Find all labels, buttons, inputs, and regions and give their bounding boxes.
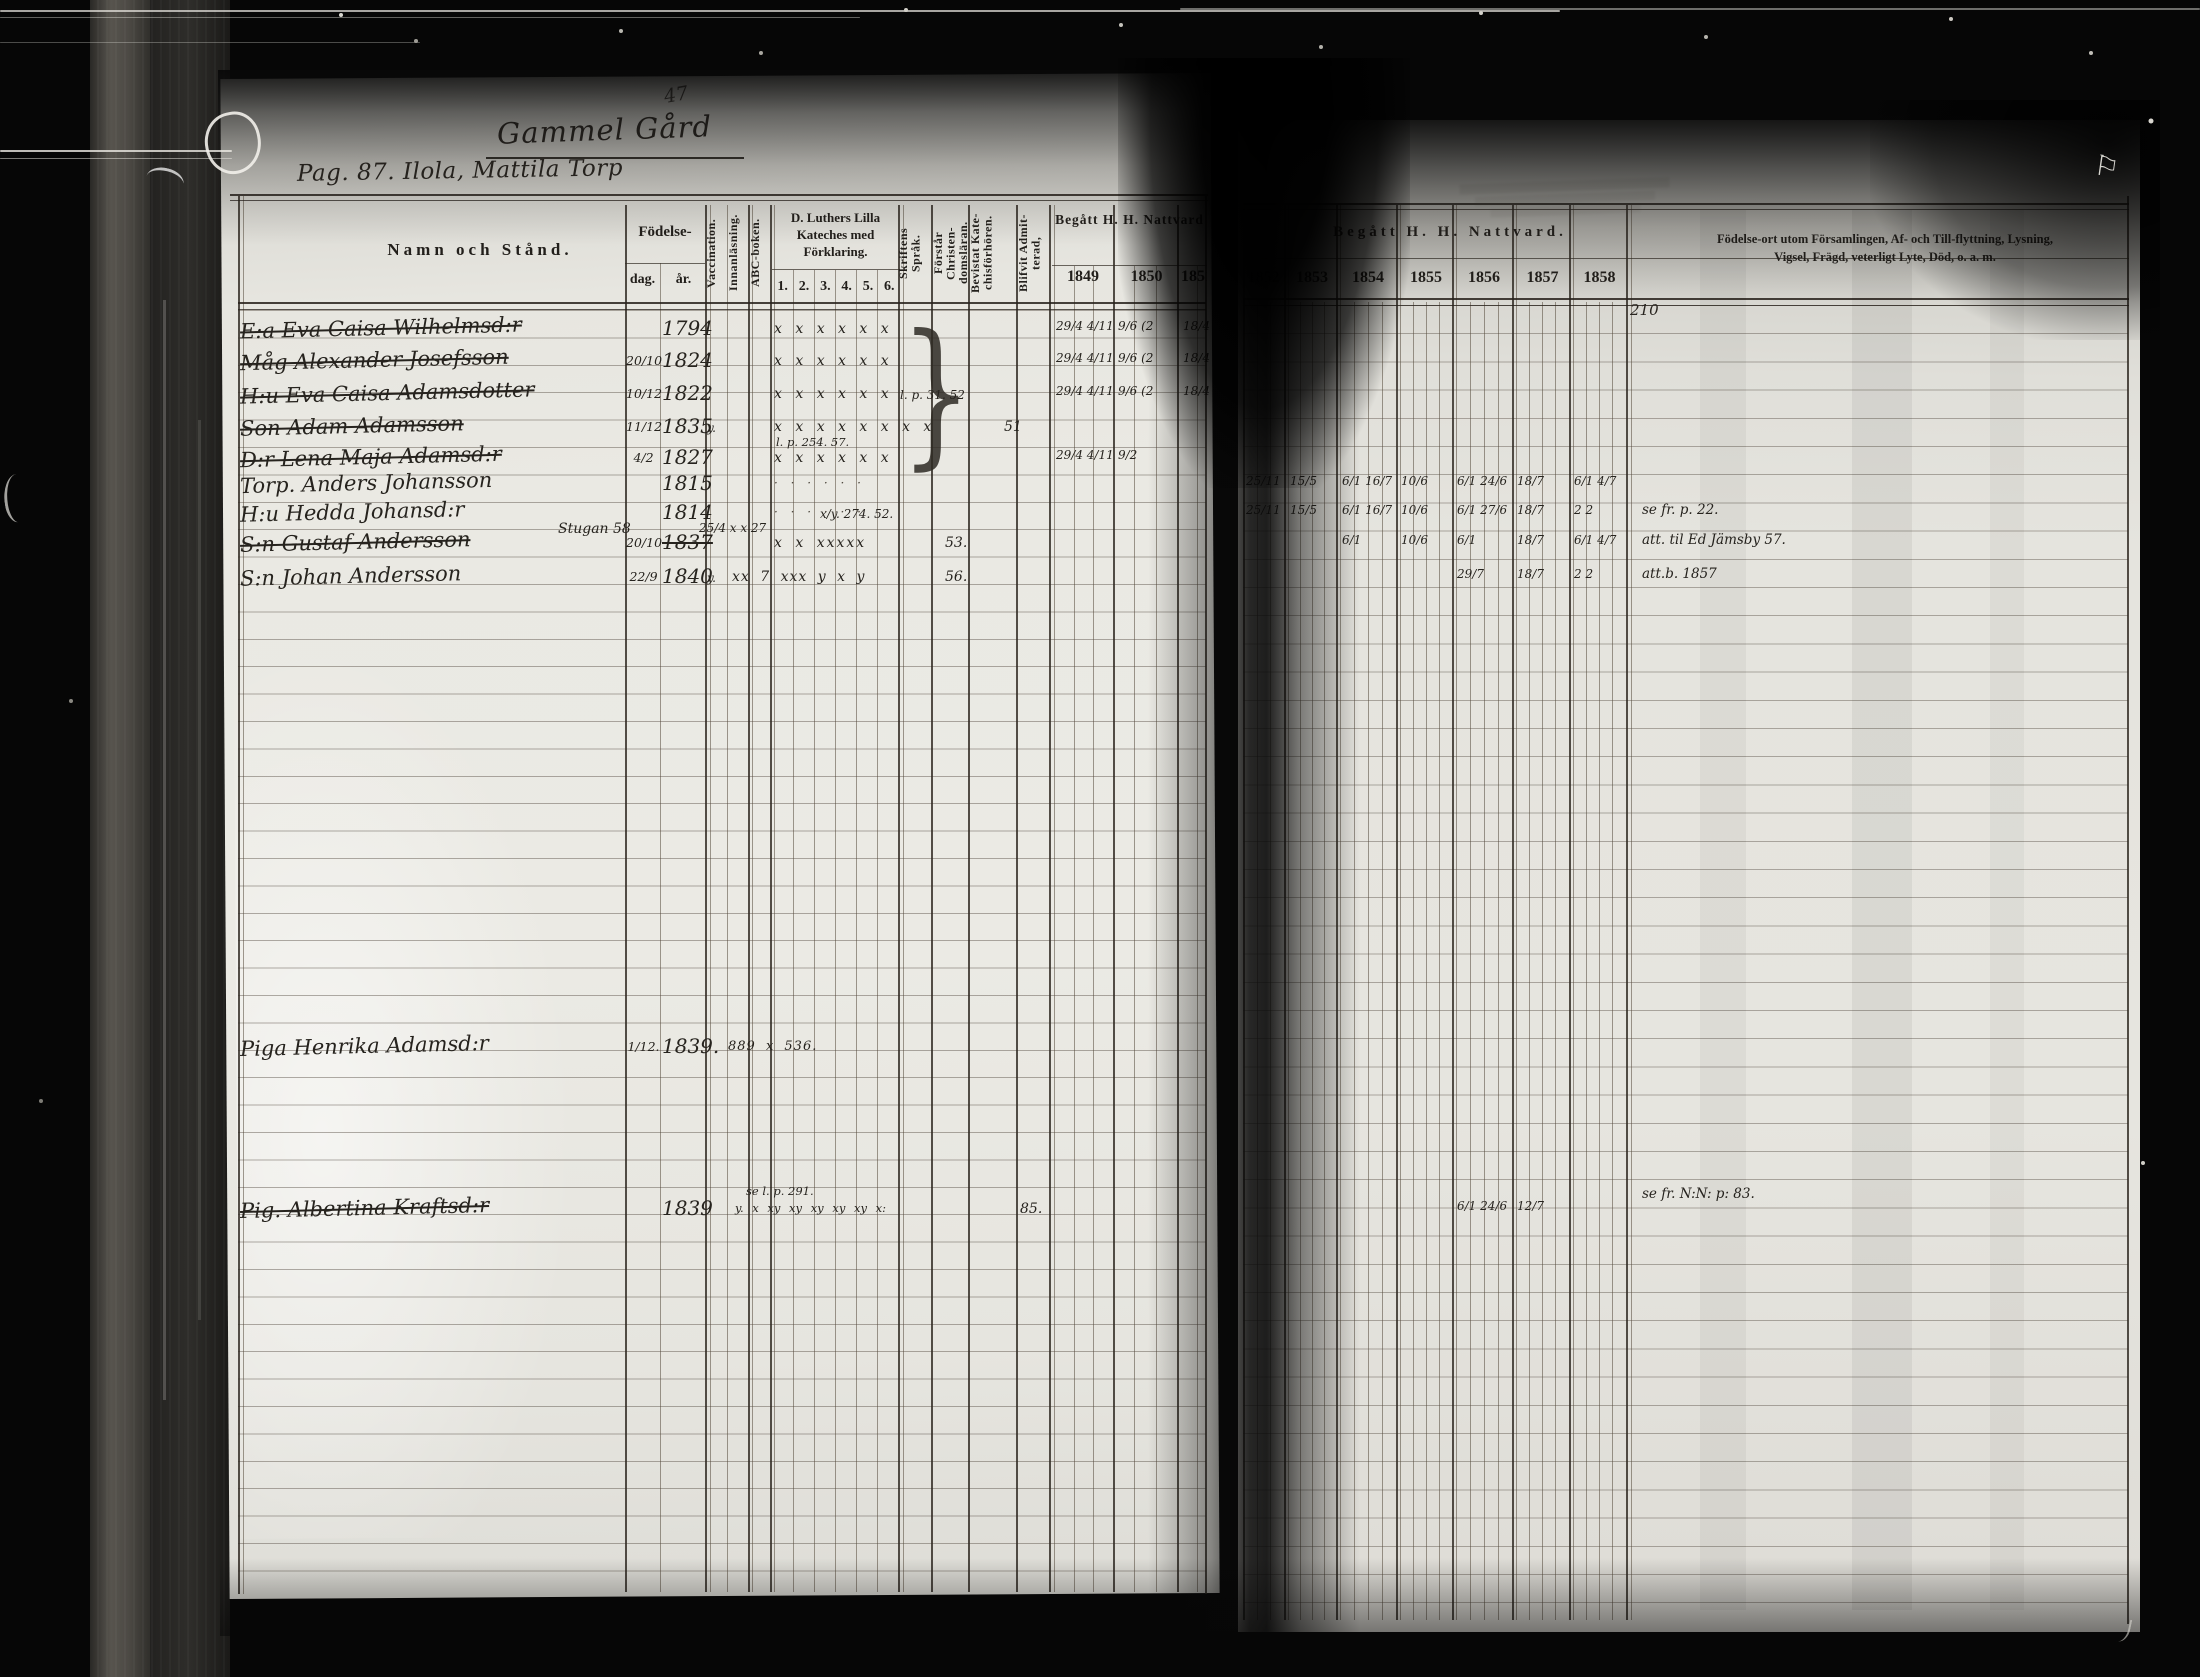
entry-catechism-marks: x x x x x x (774, 353, 904, 369)
entry-admitted-number: 51 (1004, 419, 1022, 435)
record-row: E:a Eva Caisa Wilhelmsd:r1794x x x x x x… (0, 318, 2200, 345)
entry-birth-year: 1839. (662, 1034, 710, 1058)
entry-birth-day: 11/12 (626, 419, 661, 434)
header-scribble: 47 (662, 82, 690, 108)
column-header-notes-line1: Födelse-ort utom Församlingen, Af- och T… (1645, 232, 2125, 247)
column-header-innanlasning: Innanläsning. (727, 207, 749, 299)
entry-catechism-marks: x x x x x x x x (774, 419, 904, 435)
entry-birth-year: 1835 (662, 414, 710, 438)
record-row: H:u Hedda Johansd:r1814· · · · · ·x/y. 2… (0, 502, 2200, 529)
scanned-parish-register-spread: Namn och Stånd. Födelse- dag. år. Vaccin… (0, 0, 2200, 1677)
table-column-line (1016, 205, 1018, 1592)
column-header-fodelse: Födelse- (625, 224, 705, 241)
entry-name: E:a Eva Caisa Wilhelmsd:r (240, 313, 522, 344)
entry-name: S:n Johan Andersson (240, 561, 462, 590)
record-row: Pig. Albertina Kraftsd:r1839se l. p. 291… (0, 1198, 2200, 1225)
column-header-ar: år. (662, 272, 705, 288)
entry-birth-day: 20/10 (626, 353, 661, 368)
entry-communion-1858: 2 2 (1574, 567, 1624, 581)
entry-name: Torp. Anders Johansson (240, 468, 493, 498)
entry-communion-1850: 9/6 (2 (1118, 351, 1176, 365)
entry-communion-1853: 15/5 (1290, 474, 1336, 488)
column-header-namn: Namn och Stånd. (340, 240, 620, 260)
record-row: S:n Gustaf AnderssonStugan 5820/10183725… (0, 532, 2200, 559)
entry-annotation: x/y. 274. 52. (820, 507, 893, 521)
film-dust (0, 0, 2, 2)
column-header-dag: dag. (625, 272, 660, 288)
entry-annotation: l. p. 31. 52 (900, 388, 965, 402)
left-table-top-rule (230, 194, 1208, 201)
column-header-skriftens-sprak: Skriftens Språk. (897, 207, 930, 299)
record-row: Måg Alexander Josefsson20/101824x x x x … (0, 350, 2200, 377)
entry-admitted-number: 53. (945, 535, 967, 551)
film-scratch (0, 150, 232, 152)
entry-note: att.b. 1857 (1642, 566, 1717, 582)
table-column-line (774, 205, 775, 1592)
table-column-line (727, 205, 728, 1592)
entry-vaccination-mark: 25/4 x x 27 (699, 521, 766, 535)
entry-birth-year: 1824 (662, 348, 710, 372)
entry-communion-1858: 2 2 (1574, 503, 1624, 517)
entry-communion-1858: 6/1 4/7 (1574, 533, 1624, 547)
column-header-notes-line2: Vigsel, Frägd, veterligt Lyte, Död, o. a… (1645, 250, 2125, 265)
record-row: D:r Lena Maja Adamsd:r4/21827l. p. 254. … (0, 447, 2200, 474)
entry-communion-1850: 9/6 (2 (1118, 319, 1176, 333)
entry-communion-1851: 18/4 (1183, 319, 1223, 333)
entry-catechism-marks: x x x x x x (774, 321, 904, 337)
entry-catechism-marks: y. x xy xy xy xy xy x: (735, 1201, 910, 1215)
entry-name: Måg Alexander Josefsson (240, 345, 509, 376)
corner-note: 210 (1630, 301, 1659, 319)
table-column-line (1054, 205, 1055, 1592)
column-header-vaccination: Vaccination. (705, 207, 728, 299)
entry-communion-1850: 9/2 (1118, 448, 1176, 462)
entry-catechism-marks: 889 x 536. (728, 1039, 858, 1054)
entry-vaccination-mark: y. (707, 571, 716, 585)
kateches-col-number: 2. (793, 272, 814, 302)
film-flag-scribble: ⚐ (2092, 148, 2122, 185)
entry-vaccination-mark: y. (707, 421, 716, 435)
entry-note: att. til Ed Jämsby 57. (1642, 532, 1786, 548)
entry-catechism-marks: · · · · · · (774, 476, 904, 490)
entry-name: Pig. Albertina Kraftsd:r (240, 1193, 490, 1223)
entry-communion-1857: 12/7 (1517, 1199, 1567, 1213)
right-header-bottom-rule (1243, 298, 2129, 306)
entry-communion-1857: 18/7 (1517, 567, 1567, 581)
entry-communion-1856: 6/1 24/6 (1457, 1199, 1511, 1213)
year-header-1858: 1858 (1573, 269, 1626, 287)
entry-annotation-above: se l. p. 291. (746, 1184, 814, 1198)
entry-birth-year: 1822 (662, 381, 710, 405)
entry-annotation-above: Stugan 58 (558, 521, 631, 537)
entry-communion-1852: 25/11 (1246, 503, 1286, 517)
entry-communion-1855: 10/6 (1401, 474, 1451, 488)
entry-communion-1849: 29/4 4/11 (1056, 384, 1112, 398)
entry-annotation-above: l. p. 254. 57. (776, 435, 849, 449)
entry-birth-day: 22/9 (626, 569, 661, 584)
entry-communion-1857: 18/7 (1517, 533, 1567, 547)
entry-name: H:u Eva Caisa Adamsdotter (240, 377, 535, 408)
entry-admitted-number: 56. (945, 569, 967, 585)
entry-communion-1855: 10/6 (1401, 533, 1451, 547)
film-scratch (0, 158, 232, 159)
entry-communion-1849: 29/4 4/11 (1056, 448, 1112, 462)
entry-birth-year: 1840 (662, 564, 710, 588)
kateches-col-number: 3. (815, 272, 836, 302)
film-scratch (1180, 8, 2200, 10)
entry-birth-year: 1794 (662, 316, 710, 340)
entry-communion-1849: 29/4 4/11 (1056, 319, 1112, 333)
table-column-line (1113, 205, 1115, 1592)
table-column-line (2127, 196, 2129, 1624)
year-header-1849: 1849 (1054, 268, 1112, 286)
entry-name: Piga Henrika Adamsd:r (240, 1031, 489, 1061)
film-scratch (0, 42, 420, 43)
table-column-line (1177, 205, 1179, 1592)
year-header-1854: 1854 (1340, 269, 1396, 287)
entry-catechism-marks: x x x x x x (774, 386, 904, 402)
year-header-1852: 1852 (1243, 269, 1284, 287)
column-header-nattvard-right: Begått H. H. Nattvard. (1270, 224, 1630, 241)
table-column-line (748, 205, 750, 1592)
kateches-col-number: 4. (836, 272, 857, 302)
column-header-kateches: D. Luthers Lilla Kateches med Förklaring… (772, 210, 899, 261)
kateches-subheader-rule (772, 269, 900, 270)
record-row: Torp. Anders Johansson1815· · · · · ·25/… (0, 473, 2200, 500)
column-header-bevistat-katechisforhoren: Bevistat Kate- chisförhören. (969, 207, 1016, 299)
entry-communion-1849: 29/4 4/11 (1056, 351, 1112, 365)
entry-communion-1854: 6/1 16/7 (1342, 503, 1396, 517)
table-column-line (752, 205, 753, 1592)
table-column-line (770, 205, 772, 1592)
column-header-blifvit-admitterad: Blifvit Admit- terad, (1017, 207, 1049, 299)
entry-communion-1850: 9/6 (2 (1118, 384, 1176, 398)
table-column-line (625, 205, 627, 1592)
year-header-1857: 1857 (1516, 269, 1569, 287)
entry-communion-1853: 15/5 (1290, 503, 1336, 517)
year-header-1856: 1856 (1456, 269, 1512, 287)
entry-note: se fr. p. 22. (1642, 502, 1718, 518)
entry-birth-year: 1827 (662, 445, 710, 469)
entry-communion-1854: 6/1 (1342, 533, 1396, 547)
fodelse-subheader-rule (625, 263, 705, 264)
entry-name: Son Adam Adamsson (240, 411, 464, 440)
film-scratch (0, 10, 1560, 12)
entry-communion-1856: 6/1 24/6 (1457, 474, 1511, 488)
entry-communion-1858: 6/1 4/7 (1574, 474, 1624, 488)
film-scratch (0, 17, 860, 18)
entry-name: S:n Gustaf Andersson (240, 527, 471, 557)
record-row: S:n Johan Andersson22/91840y.xx 7 xxx y … (0, 566, 2200, 593)
entry-admitted-number: 85. (1020, 1201, 1042, 1217)
entry-communion-1857: 18/7 (1517, 503, 1567, 517)
table-column-line (1049, 205, 1051, 1592)
left-header-bottom-rule (238, 302, 1206, 310)
entry-communion-1852: 25/11 (1246, 474, 1286, 488)
entry-birth-day: 20/10 (626, 535, 661, 550)
entry-birth-day: 4/2 (626, 450, 661, 465)
year-header-1850: 1850 (1117, 268, 1176, 286)
entry-birth-day: 10/12 (626, 386, 661, 401)
nattvard-left-subheader-rule (1052, 265, 1207, 266)
entry-name: H:u Hedda Johansd:r (240, 497, 465, 526)
kateches-col-number: 1. (772, 272, 793, 302)
entry-communion-1851: 18/4 (1183, 351, 1223, 365)
entry-communion-1855: 10/6 (1401, 503, 1451, 517)
entry-communion-1856: 6/1 (1457, 533, 1511, 547)
entry-communion-1856: 29/7 (1457, 567, 1511, 581)
kateches-col-number: 5. (857, 272, 878, 302)
entry-note: se fr. N:N: p: 83. (1642, 1186, 1755, 1202)
year-header-1853: 1853 (1288, 269, 1336, 287)
entry-catechism-marks: xx 7 xxx y x y (732, 569, 912, 585)
entry-birth-day: 1/12. (626, 1039, 661, 1054)
column-header-forstar-christendomslaran: Förstår Christen- domsläran. (932, 207, 968, 299)
column-header-abc-boken: ABC-boken. (749, 207, 771, 299)
year-header-1851: 1851 (1181, 268, 1207, 286)
year-header-1855: 1855 (1400, 269, 1452, 287)
entry-birth-year: 1839 (662, 1196, 710, 1220)
column-header-nattvard-left: Begått H. H. Nattvard (1052, 212, 1207, 228)
entry-catechism-marks: x x xxxxx (774, 535, 904, 551)
entry-catechism-marks: x x x x x x (774, 450, 904, 466)
entry-communion-1857: 18/7 (1517, 474, 1567, 488)
record-row: H:u Eva Caisa Adamsdotter10/121822x x x … (0, 383, 2200, 410)
record-row: Son Adam Adamsson11/121835y.x x x x x x … (0, 416, 2200, 443)
entry-communion-1854: 6/1 16/7 (1342, 474, 1396, 488)
entry-birth-year: 1815 (662, 471, 710, 495)
entry-communion-1851: 18/4 (1183, 384, 1223, 398)
entry-communion-1856: 6/1 27/6 (1457, 503, 1511, 517)
kateches-subcolumns: 1. 2. 3. 4. 5. 6. (772, 272, 900, 302)
record-row: Piga Henrika Adamsd:r1/12.1839.889 x 536… (0, 1036, 2200, 1063)
